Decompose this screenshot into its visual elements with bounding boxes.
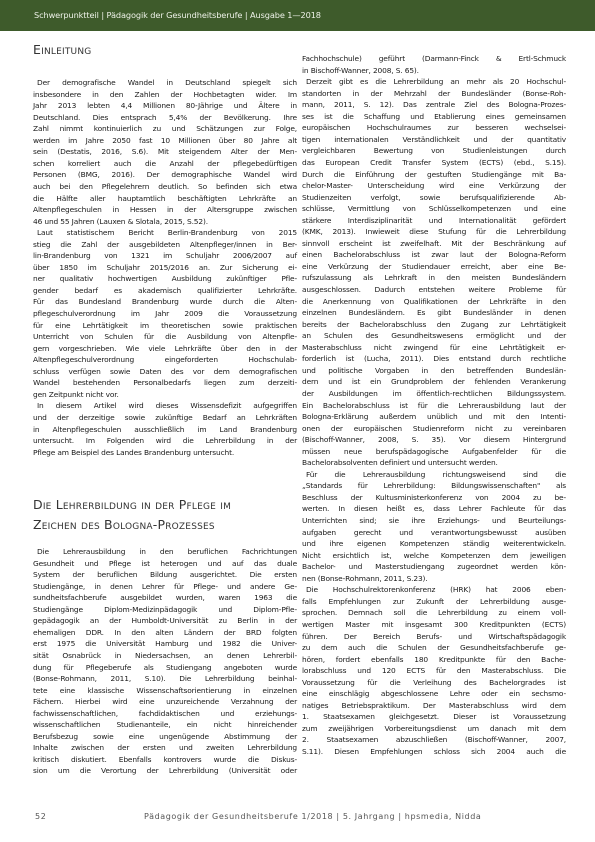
- text-line: Inhalte zwischen der ersten und zweiten …: [33, 743, 297, 753]
- text-line: Gesundheit und Pflege ist heterogen und …: [33, 559, 297, 569]
- running-header-title: Schwerpunktteil | Pädagogik der Gesundhe…: [34, 10, 321, 20]
- section-heading-einleitung: Einleitung: [33, 42, 91, 57]
- text-line: gen Zeitpunkt nicht vor.: [33, 390, 297, 400]
- text-line: chelor-Master- Unterscheidung wird eine …: [302, 181, 566, 191]
- text-line: Nicht ersichtlich ist, welche Kompetenze…: [302, 551, 566, 561]
- text-line: Der demografische Wandel in Deutschland …: [33, 78, 297, 88]
- text-line: untersucht. Im Folgenden wird die Lehrer…: [33, 436, 297, 446]
- text-line: schluss verfügen sowie Daten des vor dem…: [33, 367, 297, 377]
- text-line: System der beruflichen Bildung ausgerich…: [33, 570, 297, 580]
- text-line: Zahl nimmt kontinuierlich zu und Schätzu…: [33, 124, 297, 134]
- text-line: wissenschaftlichen Studienanteile, ein n…: [33, 720, 297, 730]
- text-line: werten. In diesen heißt es, dass Lehrer …: [302, 504, 566, 514]
- text-line: schen korreliert auch die Anzahl der pfl…: [33, 159, 297, 169]
- text-line: die Anerkennung von Qualifikationen der …: [302, 297, 566, 307]
- text-line: Jahr 2013 lebten 4,4 Millionen 80-Jährig…: [33, 101, 297, 111]
- text-line: Wandel bestehenden Personalbedarfs liege…: [33, 378, 297, 388]
- text-line: aufgaben gerecht und verantwortungsbewus…: [302, 528, 566, 538]
- text-line: Bachelor- und Masterstudiengang zugeordn…: [302, 562, 566, 572]
- text-line: zu dem auch die Schulen der Gesundheitsf…: [302, 643, 566, 653]
- text-line: onen der europäischen Studienreform nich…: [302, 424, 566, 434]
- running-header: Schwerpunktteil | Pädagogik der Gesundhe…: [0, 0, 595, 31]
- text-line: sität Osnabrück in Niedersachsen, an den…: [33, 651, 297, 661]
- text-line: vergleichbaren Bewertung von Studienleis…: [302, 146, 566, 156]
- text-line: dung für Pflegeberufe als Studiengang an…: [33, 663, 297, 673]
- text-line: stieg die Zahl der ausgebildeten Altenpf…: [33, 240, 297, 250]
- text-line: Ein Bachelorabschluss ist für die Lehrer…: [302, 401, 566, 411]
- text-line: sein (Destatis, 2016, S.6). Mit steigend…: [33, 147, 297, 157]
- text-line: gern vorgeschrieben. Wie viele Lehrkräft…: [33, 344, 297, 354]
- text-line: Altenpflegeschulen in Hessen in der Alte…: [33, 205, 297, 215]
- text-line: eine Verkürzung der Studiendauer erreich…: [302, 262, 566, 272]
- text-line: Für das Bundesland Brandenburg wurde dur…: [33, 297, 297, 307]
- text-line: wertigen Master mit insgesamt 300 Kredit…: [302, 620, 566, 630]
- text-line: auch bei den Pflegelehrern deutlich. So …: [33, 182, 297, 192]
- text-line: Studienzeiten verfolgt, sowie berufsqual…: [302, 193, 566, 203]
- text-line: und ihre eigenen Kompetenzen ständig wei…: [302, 539, 566, 549]
- text-line: zum zweijährigen Vorbereitungsdienst um …: [302, 724, 566, 734]
- text-line: ner qualitativ hochwertigen Ausbildung z…: [33, 274, 297, 284]
- text-line: in Bischoff-Wanner, 2008, S. 65).: [302, 66, 566, 76]
- text-line: in Altenpflegeschulen ausschließlich im …: [33, 425, 297, 435]
- text-line: Die Lehrerausbildung in den beruflichen …: [33, 547, 297, 557]
- text-line: europäischen Hochschulraumes zur bessere…: [302, 123, 566, 133]
- text-line: Beschluss der Kultusministerkonferenz vo…: [302, 493, 566, 503]
- text-line: erst 1975 die Universität Hamburg und 19…: [33, 639, 297, 649]
- text-line: über 1850 im Schuljahr 2015/2016 an. Zur…: [33, 263, 297, 273]
- text-line: rufszulassung als Lehrkraft in den meist…: [302, 273, 566, 283]
- text-line: hören, fordert ebenfalls 180 Kreditpunkt…: [302, 655, 566, 665]
- text-line: werden im Jahre 2050 fast 10 Millionen ü…: [33, 136, 297, 146]
- text-line: stärkere Interdisziplinarität und Intern…: [302, 216, 566, 226]
- text-line: Voraussetzung für die Verleihung des Bac…: [302, 678, 566, 688]
- text-line: Studiengänge, in denen Lehrer für Pflege…: [33, 582, 297, 592]
- text-line: In diesem Artikel wird dieses Wissensdef…: [33, 401, 297, 411]
- text-line: standorten in der Mehrzahl der Bundeslän…: [302, 89, 566, 99]
- text-line: Derzeit gibt es die Lehrerbildung an meh…: [302, 77, 566, 87]
- text-line: Pflege am Beispiel des Landes Brandenbur…: [33, 448, 297, 458]
- text-line: und der derzeitige sowie zukünftige Beda…: [33, 413, 297, 423]
- text-line: tete eine klassische Wissenschaftsorient…: [33, 686, 297, 696]
- text-line: (Bischoff-Wanner, 2008, S. 35). Vor dies…: [302, 435, 566, 445]
- text-line: Berufsbezug sowie eine ungenügende Absti…: [33, 732, 297, 742]
- text-line: (KMK, 2013). Inwieweit diese Stufung für…: [302, 227, 566, 237]
- text-line: müssen neue berufspädagogische Aufgabenf…: [302, 447, 566, 457]
- text-line: 46 und 55 Jahren (Lauxen & Slotala, 2015…: [33, 217, 297, 227]
- text-line: Die Hochschulrektorenkonferenz (HRK) hat…: [302, 585, 566, 595]
- text-line: ehemaligen DDR. In den alten Ländern der…: [33, 628, 297, 638]
- text-line: (Bonse-Rohmann, 2011, S.10). Die Lehrerb…: [33, 674, 297, 684]
- text-line: das European Credit Transfer System (ECT…: [302, 158, 566, 168]
- text-line: sinnvoll erscheint ist zweifelhaft. Mit …: [302, 239, 566, 249]
- text-line: 1. Staatsexamen gleichgesetzt. Dieser is…: [302, 712, 566, 722]
- section-heading-lehrerbildung-line2: Zeichen des Bologna-Prozesses: [33, 517, 215, 532]
- text-line: gender bedarf es akademisch qualifiziert…: [33, 286, 297, 296]
- text-line: Deutschland. Dies entsprach 5,4% der Bev…: [33, 113, 297, 123]
- text-line: 2. Staatsexamen abzuschließen (Bischoff-…: [302, 735, 566, 745]
- text-line: lorabschluss und 120 ECTS für den Master…: [302, 666, 566, 676]
- text-line: Fächern. Hierbei wird eine unzureichende…: [33, 697, 297, 707]
- text-line: forderlich ist (Lucha, 2011). Dies entst…: [302, 354, 566, 364]
- text-line: fachwissenschaftlichen, fachdidaktischen…: [33, 709, 297, 719]
- text-line: für eine Lehrtätigkeit im theoretischen …: [33, 321, 297, 331]
- text-line: kritisch diskutiert. Ebenfalls kontrover…: [33, 755, 297, 765]
- text-line: nen (Bonse-Rohmann, 2011, S.23).: [302, 574, 566, 584]
- text-line: die Hälfte aller hauptamtlich beschäftig…: [33, 194, 297, 204]
- text-line: Für die Lehrerausbildung richtungsweisen…: [302, 470, 566, 480]
- text-line: Studiengänge Diplom-Medizinpädagogik und…: [33, 605, 297, 615]
- text-line: Unterrichten sind; sie ihre Erziehungs- …: [302, 516, 566, 526]
- text-line: einen Bachelorabschluss ist zwar laut de…: [302, 250, 566, 260]
- text-line: sion um die Verortung der Lehrerbildung …: [33, 766, 297, 776]
- text-line: der Ausbildungen im öffentlich-rechtlich…: [302, 389, 566, 399]
- text-line: einzelnen Bundesländern. Es gibt Bundesl…: [302, 308, 566, 318]
- text-line: natiges Betriebspraktikum. Der Masterabs…: [302, 701, 566, 711]
- text-line: lin-Brandenburg von 1321 im Schuljahr 20…: [33, 251, 297, 261]
- text-line: Bologna-Erklärung außerdem unüblich und …: [302, 412, 566, 422]
- text-line: dern und ist ein Grundproblem der fehlen…: [302, 377, 566, 387]
- text-line: ses ist die Schaffung und Etablierung ei…: [302, 112, 566, 122]
- text-line: Altenpflegeschulverordnung eingeforderte…: [33, 355, 297, 365]
- footer-journal-info: Pädagogik der Gesundheitsberufe 1/2018 |…: [144, 812, 481, 821]
- text-line: Unterricht von Schulen für die Ausbildun…: [33, 332, 297, 342]
- text-line: Personen (BMG, 2016). Der demographische…: [33, 170, 297, 180]
- text-line: Durch die Einführung der gestuften Studi…: [302, 170, 566, 180]
- text-line: und politische Vorgaben in den betreffen…: [302, 366, 566, 376]
- text-line: ausgeschlossen. Dadurch entstehen weiter…: [302, 285, 566, 295]
- text-line: eine einschlägig abgeschlossene Lehre od…: [302, 689, 566, 699]
- text-line: schlüsse, Vermittlung von Schlüsselkompe…: [302, 204, 566, 214]
- text-line: S.11). Diesen Empfehlungen schloss sich …: [302, 747, 566, 757]
- text-line: Masterabschluss nicht zwingend für eine …: [302, 343, 566, 353]
- section-heading-lehrerbildung-line1: Die Lehrerbildung in der Pflege im: [33, 497, 231, 512]
- text-line: Bachelorabsolventen definiert und unters…: [302, 458, 566, 468]
- text-line: mann, 2011, S. 12). Das zentrale Ziel de…: [302, 100, 566, 110]
- text-line: sprochen. Demnach soll die Lehrerbildung…: [302, 608, 566, 618]
- text-line: an Schulen des Gesundheitswesens ermögli…: [302, 331, 566, 341]
- text-line: „Standards für Lehrerbildung: Bildungswi…: [302, 481, 566, 491]
- text-line: führen. Der Bereich Berufs- und Wirtscha…: [302, 632, 566, 642]
- text-line: falls Empfehlungen zur Zukunft der Lehre…: [302, 597, 566, 607]
- text-line: Fachhochschule) geführt (Darmann-Finck &…: [302, 54, 566, 64]
- text-line: gepädagogik an der Humboldt-Universität …: [33, 616, 297, 626]
- text-line: pflegeschulverordnung im Jahr 2009 die V…: [33, 309, 297, 319]
- text-line: sundheitsfachberufe ausgebildet wurden, …: [33, 593, 297, 603]
- page-number: 52: [35, 812, 46, 821]
- text-line: tigen internationalen Verständlichkeit u…: [302, 135, 566, 145]
- text-line: Laut statistischem Bericht Berlin-Brande…: [33, 228, 297, 238]
- text-line: insbesondere in den Zahlen der Hochbetag…: [33, 90, 297, 100]
- text-line: bereits der Bachelorabschluss den Zugang…: [302, 320, 566, 330]
